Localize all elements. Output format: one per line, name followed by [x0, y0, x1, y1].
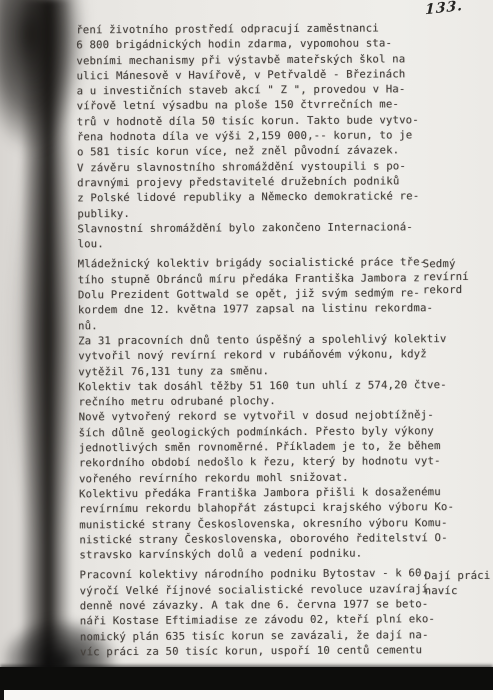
text-line: nistické strany Československa, oborovéh… [79, 531, 439, 548]
margin-note-line: rekord [423, 284, 493, 298]
text-line: revírnímu rekordu blahopřát zástupci kra… [79, 500, 439, 517]
text-line: víc práci za 50 tisíc korun, uspoří 10 c… [80, 643, 440, 660]
paragraph: Pracovní kolektivy národního podniku Byt… [79, 567, 440, 661]
text-line: vytvořil nový revírní rekord v rubáňovém… [78, 347, 438, 364]
text-line: rekordního období nedošlo k řezu, který … [79, 454, 439, 471]
scan-bottom-margin [0, 690, 493, 700]
text-line: Kolektiv tak dosáhl těžby 51 160 tun uhl… [78, 378, 438, 395]
text-line: Pracovní kolektivy národního podniku Byt… [79, 567, 439, 584]
text-line: o 581 tisíc korun více, než zněl původní… [77, 144, 437, 161]
text-line: Nově vytvořený rekord se vytvořil v dosu… [79, 409, 439, 426]
paragraph: ření životního prostředí odpracují zaměs… [76, 21, 437, 253]
text-line: Slavnostní shromáždění bylo zakončeno In… [77, 220, 437, 237]
typewritten-text-block: ření životního prostředí odpracují zaměs… [76, 21, 440, 660]
margin-note-line: navíc [425, 584, 493, 599]
text-line: kordem dne 12. května 1977 zapsal na lis… [78, 301, 438, 318]
page-content: 133. ření životního prostředí odpracují … [0, 0, 493, 700]
paragraph: Mládežnický kolektiv brigády socialistic… [78, 256, 440, 564]
handwritten-page-number: 133. [425, 0, 463, 18]
margin-note-line: revírní [423, 271, 493, 285]
scan-bottom-band [0, 667, 493, 690]
text-line: 6 800 brigádnických hodin zdarma, vypomo… [76, 36, 436, 53]
text-line: stravsko karvínských dolů a vedení podni… [79, 546, 439, 563]
text-line: z Polské lidové republiky a Německo demo… [77, 189, 437, 206]
text-line: lou. [77, 235, 437, 252]
scan-corner-mark [0, 690, 4, 700]
scanned-document-page: 133. ření životního prostředí odpracují … [0, 0, 493, 700]
text-line: náři Kostase Eftimiadise ze závodu 02, k… [80, 612, 440, 629]
margin-note: Sedmýrevírnírekord [423, 258, 493, 298]
margin-note-line: Dají práci [424, 569, 493, 584]
margin-note: Dají prácinavíc [424, 569, 493, 599]
margin-note-line: Sedmý [423, 258, 493, 272]
